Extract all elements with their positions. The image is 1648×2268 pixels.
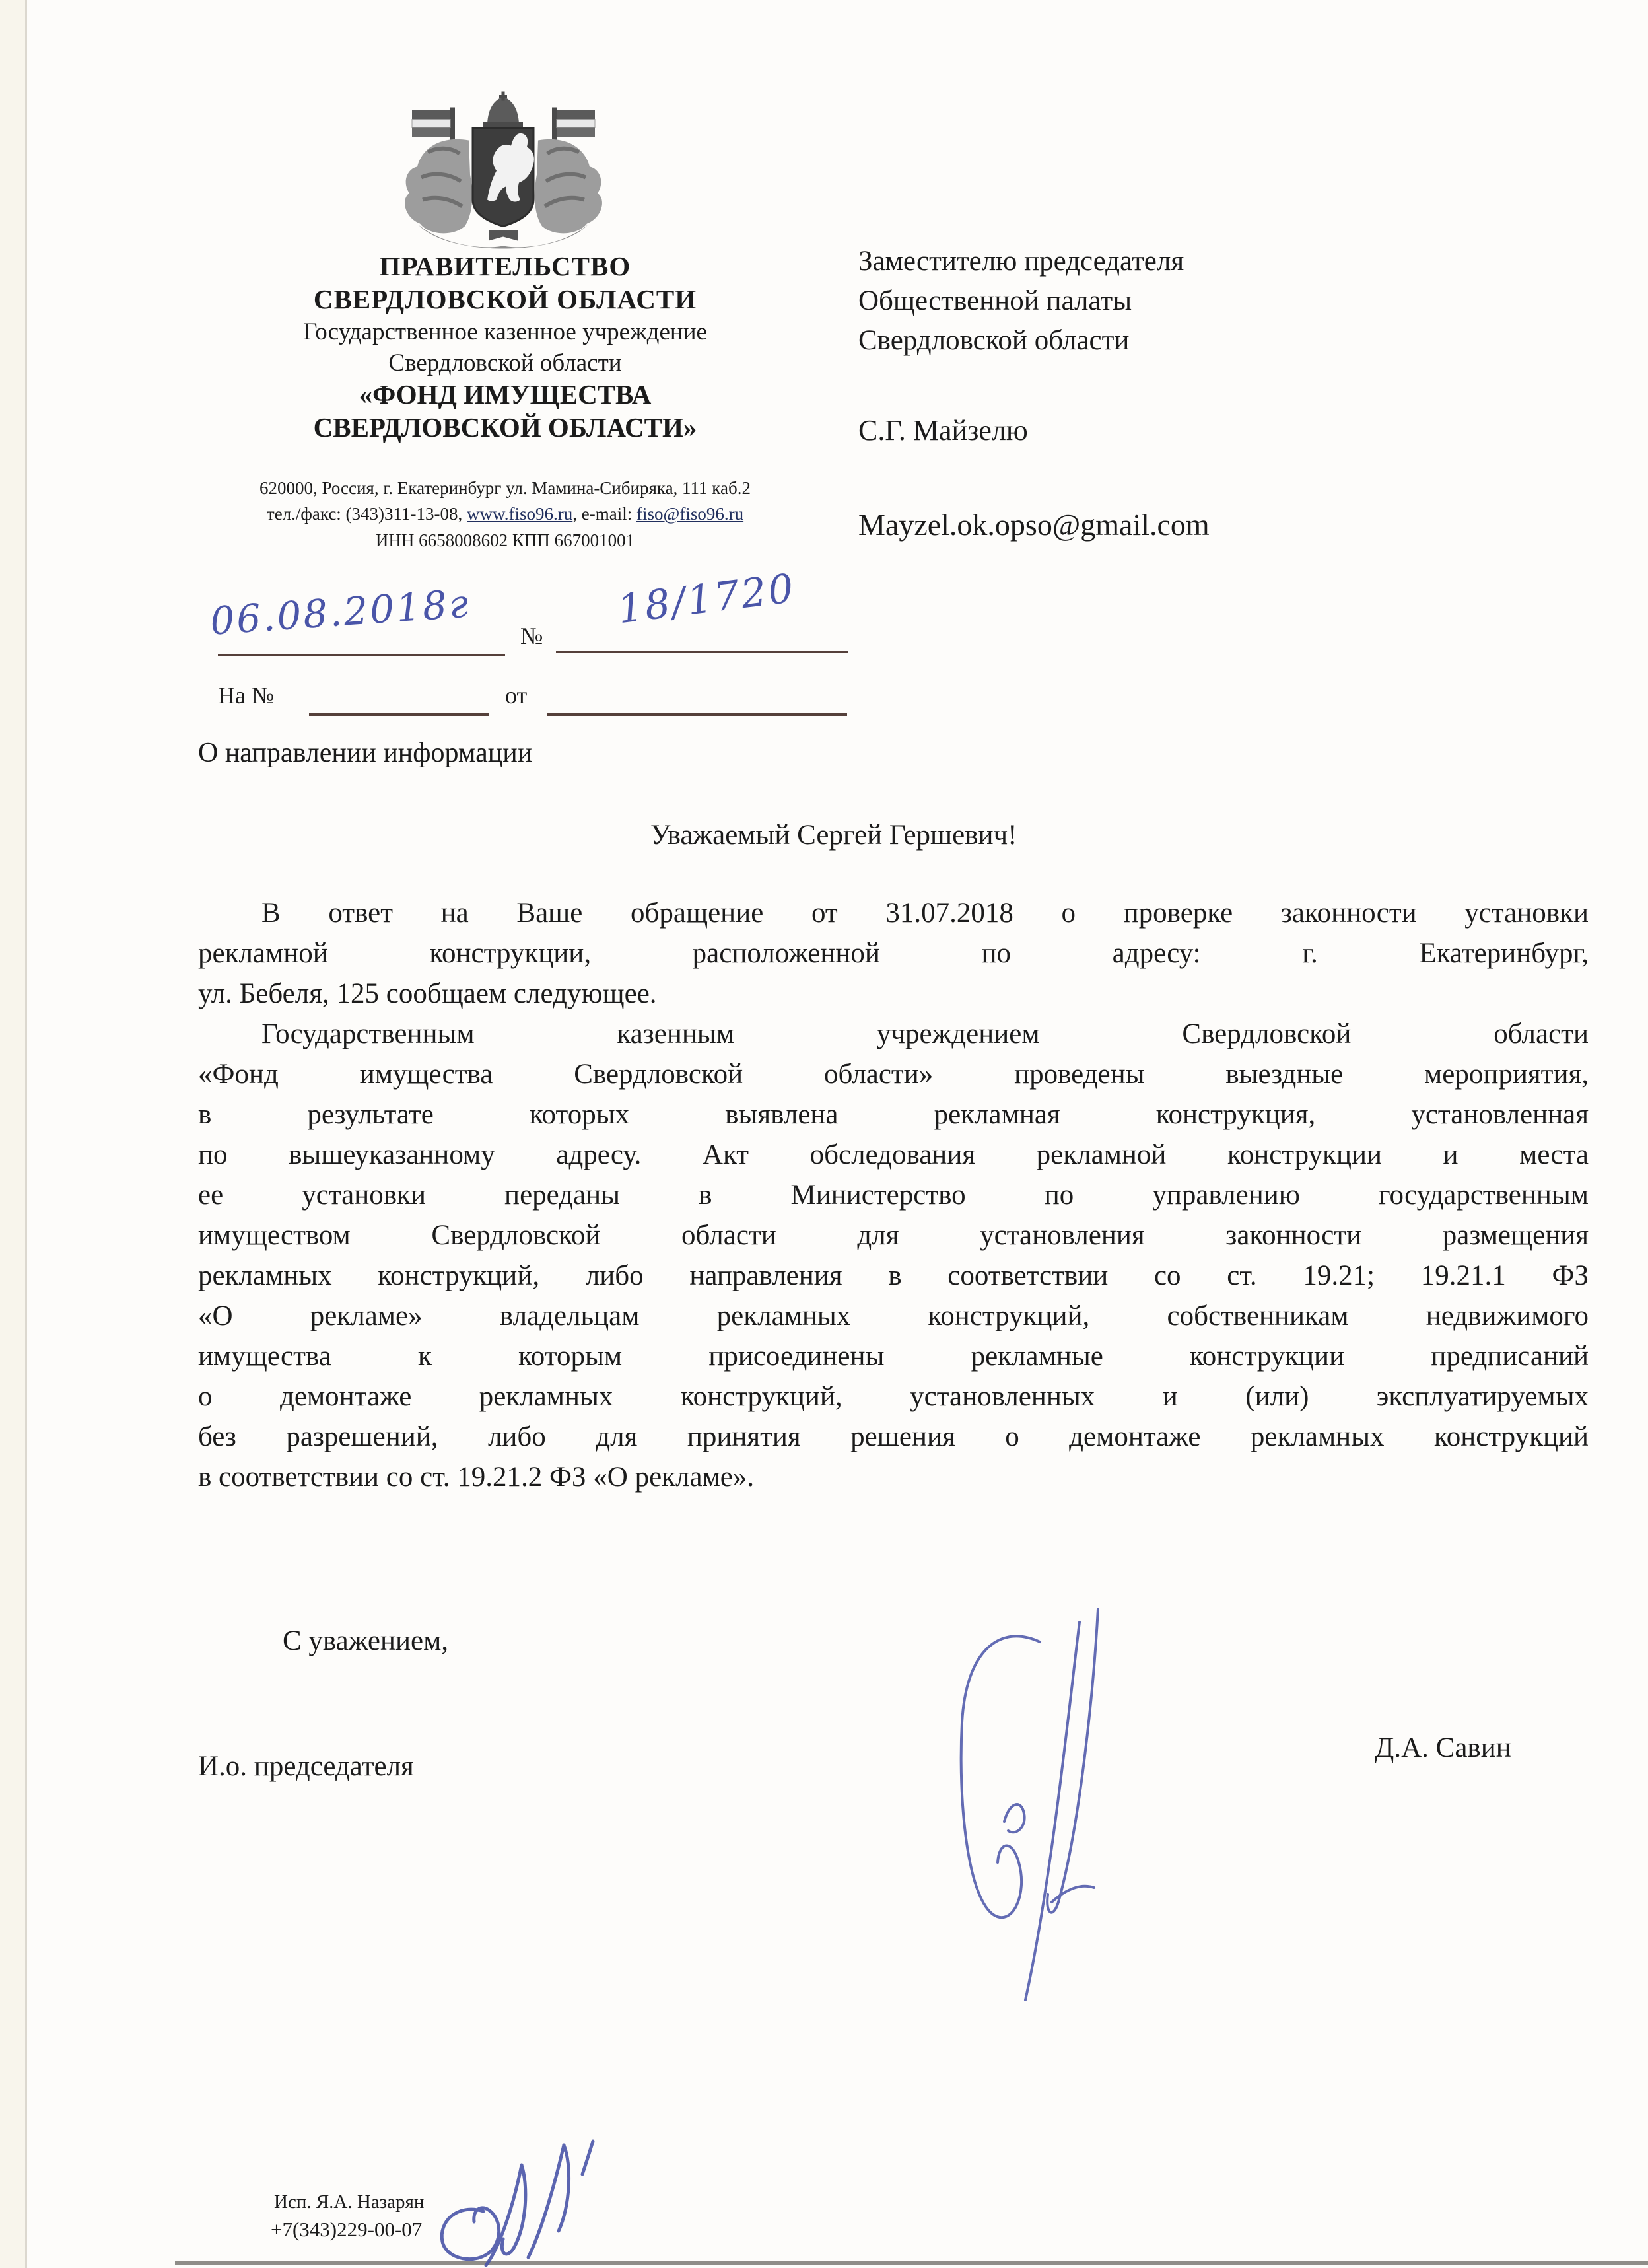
recipient-line: Общественной палаты [858, 281, 1453, 321]
recipient-email: Mayzel.ok.opso@gmail.com [858, 507, 1210, 542]
website-link: www.fiso96.ru [467, 504, 572, 524]
postal-address: 620000, Россия, г. Екатеринбург ул. Мами… [158, 476, 852, 501]
scan-edge-strip [0, 0, 25, 2268]
handwritten-initials-icon [423, 2125, 634, 2268]
body-line: имуществом Свердловской области для уста… [198, 1215, 1589, 1256]
subject-line: О направлении информации [198, 737, 532, 769]
recipient-line: Заместителю председателя [858, 242, 1453, 281]
fund-name-line2: СВЕРДЛОВСКОЙ ОБЛАСТИ» [158, 411, 852, 444]
body-line: имущества к которым присоединены рекламн… [198, 1336, 1589, 1376]
body-line: рекламных конструкций, либо направления … [198, 1256, 1589, 1296]
body-line: «Фонд имущества Свердловской области» пр… [198, 1054, 1589, 1094]
phone-web-email-line: тел./факс: (343)311-13-08, www.fiso96.ru… [158, 501, 852, 527]
scan-bottom-edge-line [175, 2261, 1648, 2265]
body-line: в результате которых выявлена рекламная … [198, 1094, 1589, 1135]
reply-date-label: от [505, 682, 527, 709]
letterhead-contacts: 620000, Россия, г. Екатеринбург ул. Мами… [158, 476, 852, 553]
email-link: fiso@fiso96.ru [636, 504, 743, 524]
org-subtitle-line1: Государственное казенное учреждение [158, 317, 852, 347]
reply-to-number-label: На № [218, 682, 274, 709]
body-line: без разрешений, либо для принятия решени… [198, 1417, 1589, 1457]
inn-kpp-line: ИНН 6658008602 КПП 667001001 [158, 528, 852, 553]
body-line: в соответствии со ст. 19.21.2 ФЗ «О рекл… [198, 1457, 1589, 1497]
executor-phone: +7(343)229-00-07 [271, 2218, 422, 2242]
reply-date-underline [547, 713, 847, 716]
closing-regards: С уважением, [283, 1625, 448, 1657]
body-line: Государственным казенным учреждением Све… [198, 1014, 1589, 1054]
email-label: , e-mail: [572, 504, 636, 524]
handwritten-outgoing-number: 18/1720 [615, 565, 798, 633]
org-subtitle-line2: Свердловской области [158, 348, 852, 378]
body-paragraph-2: Государственным казенным учреждением Све… [198, 1014, 1589, 1497]
signer-position: И.о. председателя [198, 1750, 414, 1783]
phone-fax: тел./факс: (343)311-13-08, [267, 504, 467, 524]
salutation: Уважаемый Сергей Гершевич! [650, 819, 1017, 851]
body-line: рекламной конструкции, расположенной по … [198, 933, 1589, 974]
letterhead: ПРАВИТЕЛЬСТВО СВЕРДЛОВСКОЙ ОБЛАСТИ Госуд… [158, 250, 852, 553]
recipient-line: Свердловской области [858, 321, 1453, 361]
body-line: ее установки переданы в Министерство по … [198, 1175, 1589, 1215]
sverdlovsk-oblast-coat-of-arms-icon [376, 88, 631, 252]
handwritten-signature-icon [941, 1604, 1132, 2006]
number-sign-label: № [520, 622, 543, 650]
executor-name: Исп. Я.А. Назарян [274, 2191, 424, 2213]
scanned-letter-page: ПРАВИТЕЛЬСТВО СВЕРДЛОВСКОЙ ОБЛАСТИ Госуд… [0, 0, 1648, 2268]
body-line: В ответ на Ваше обращение от 31.07.2018 … [198, 893, 1589, 933]
body-line: по вышеуказанному адресу. Акт обследован… [198, 1135, 1589, 1175]
body-paragraph-1: В ответ на Ваше обращение от 31.07.2018 … [198, 893, 1589, 1014]
body-line: «О рекламе» владельцам рекламных констру… [198, 1296, 1589, 1336]
number-underline [556, 651, 848, 653]
body-line: ул. Бебеля, 125 сообщаем следующее. [198, 974, 1589, 1014]
signer-name: Д.А. Савин [1375, 1732, 1511, 1764]
handwritten-date: 06.08.2018г [209, 581, 471, 643]
fund-name-line1: «ФОНД ИМУЩЕСТВА [158, 378, 852, 411]
recipient-block: Заместителю председателяОбщественной пал… [858, 242, 1453, 361]
org-name-line2: СВЕРДЛОВСКОЙ ОБЛАСТИ [158, 283, 852, 316]
body-line: о демонтаже рекламных конструкций, устан… [198, 1376, 1589, 1417]
reply-number-underline [309, 713, 489, 716]
recipient-name: С.Г. Майзелю [858, 413, 1028, 447]
scan-edge-line [25, 0, 27, 2268]
letter-body: В ответ на Ваше обращение от 31.07.2018 … [198, 893, 1589, 1497]
org-name-line1: ПРАВИТЕЛЬСТВО [158, 250, 852, 283]
date-underline [218, 654, 505, 656]
